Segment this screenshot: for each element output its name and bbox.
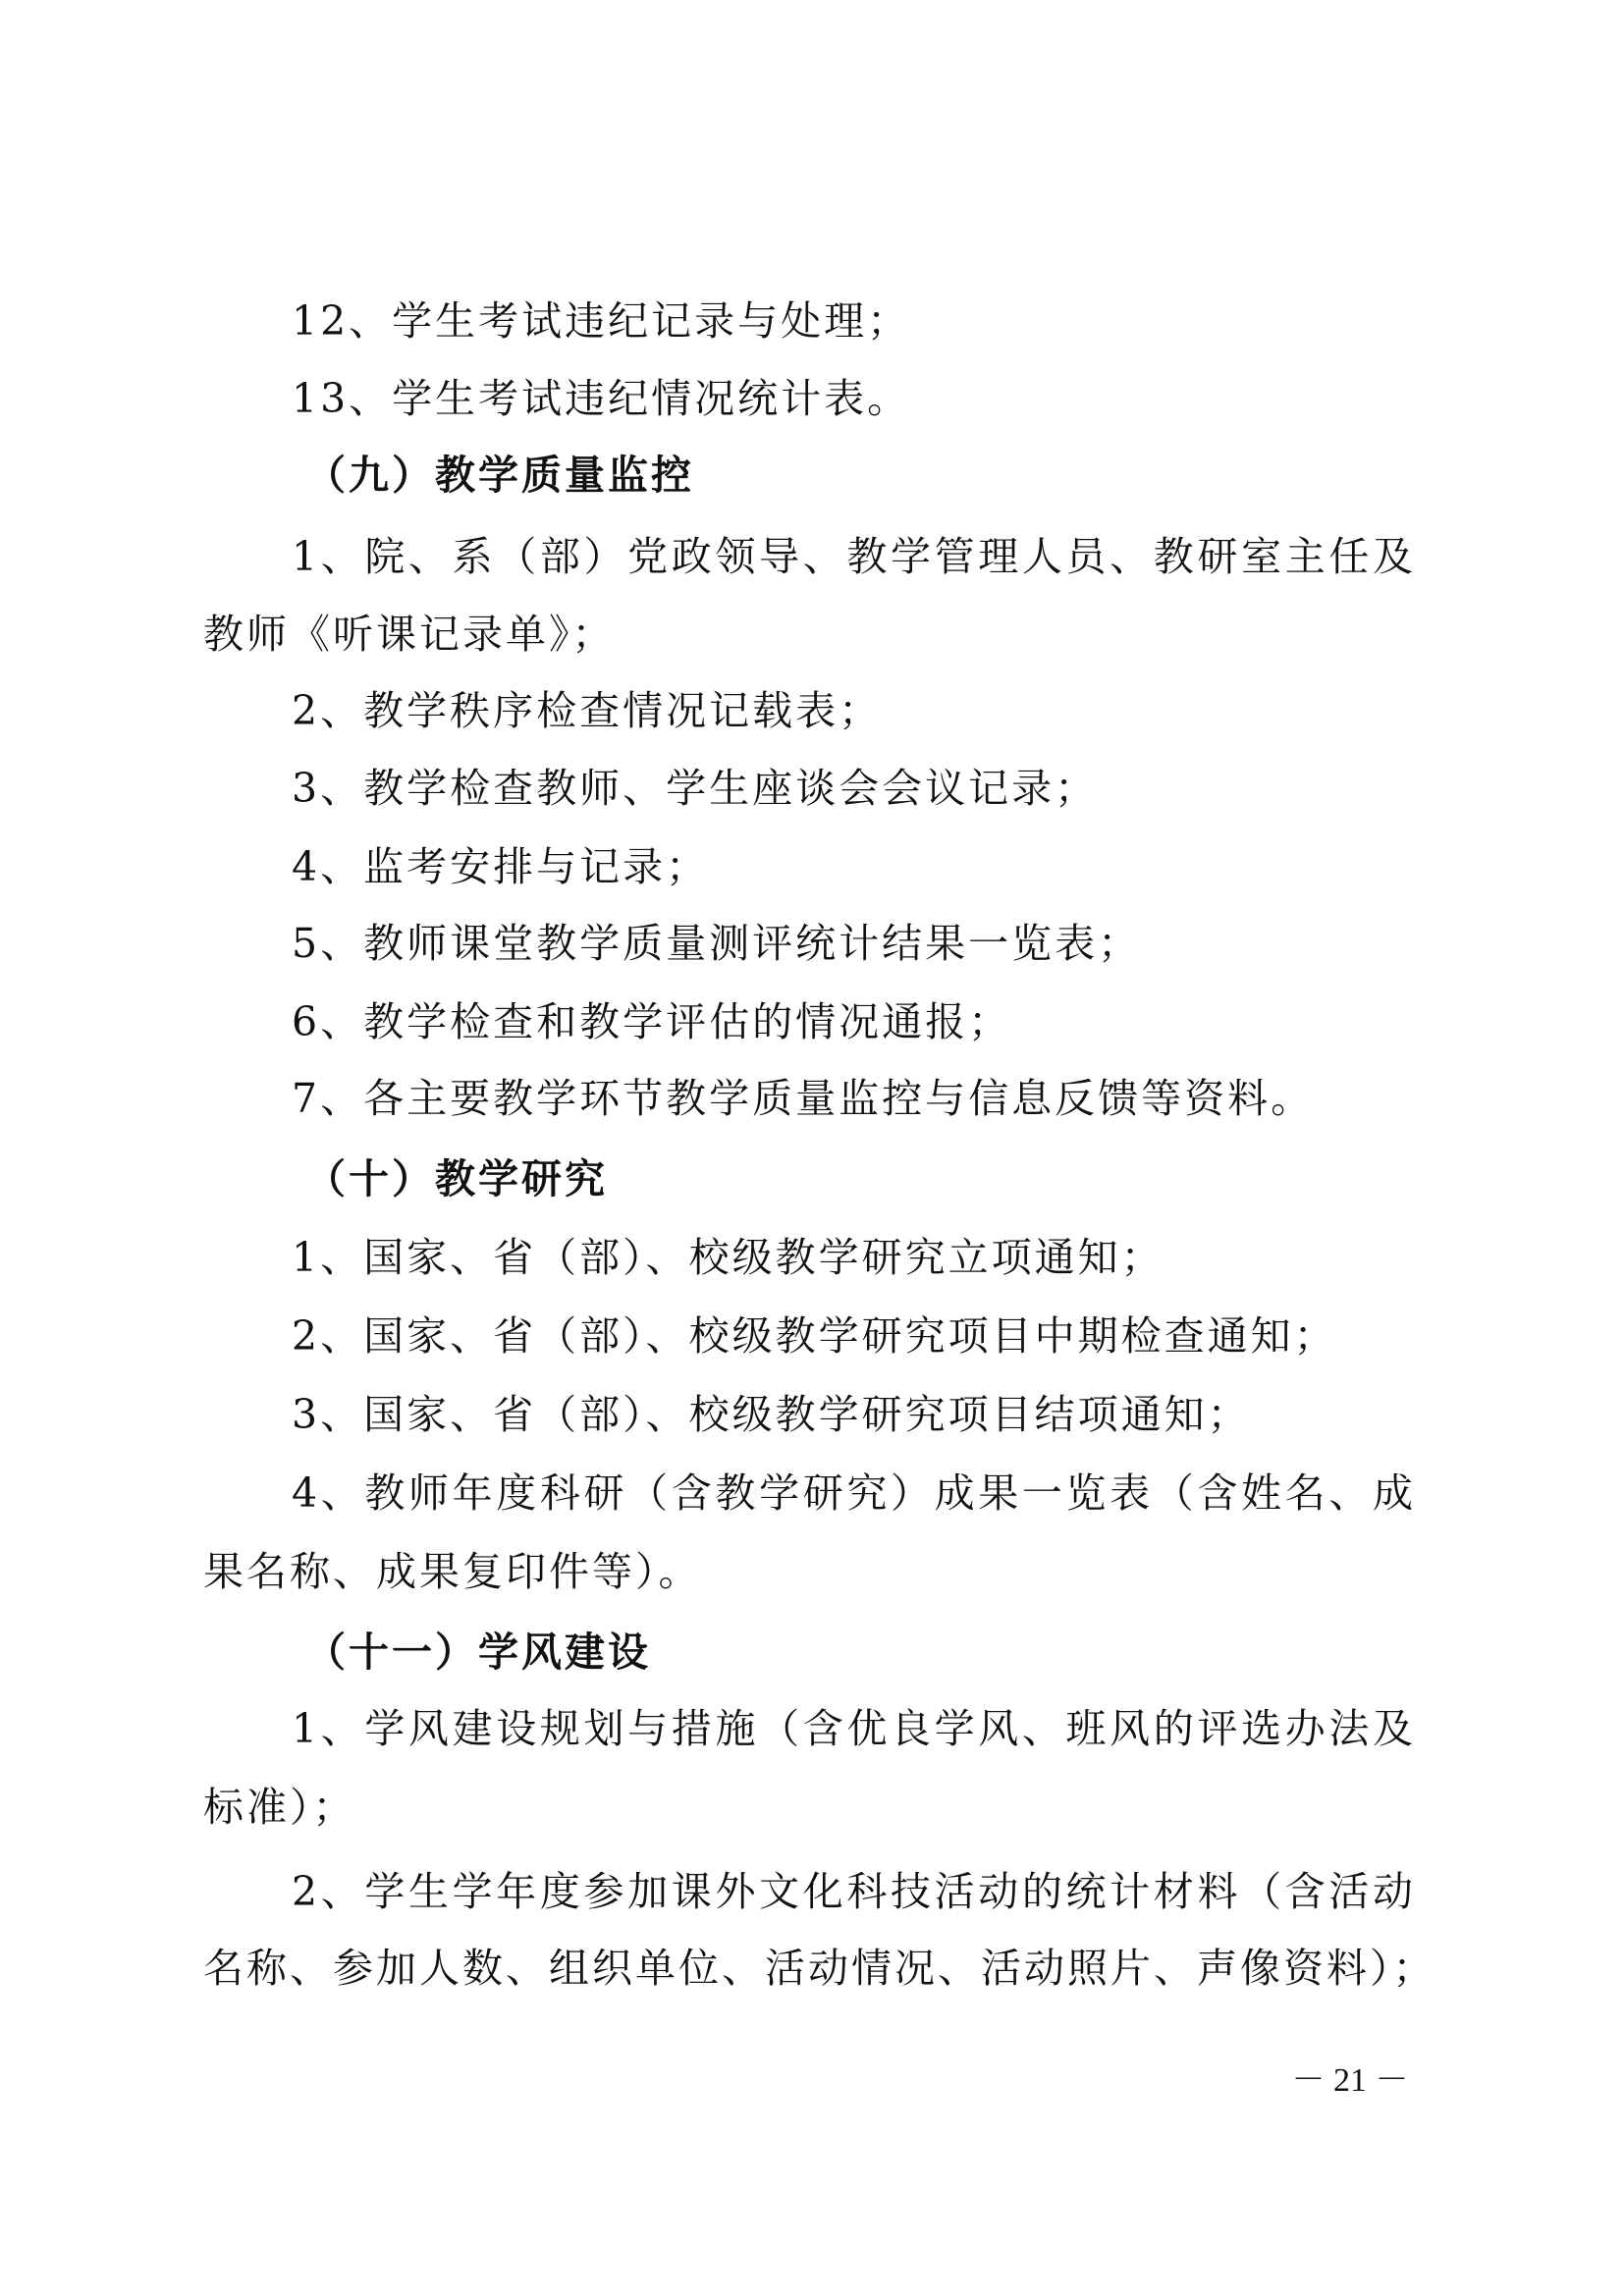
section-heading-study-style: （十一）学风建设 <box>203 1613 1416 1691</box>
list-item-4-invigilation: 4、监考安排与记录； <box>203 828 1416 906</box>
list-item-1-study-style-plan: 1、学风建设规划与措施（含优良学风、班风的评选办法及 <box>203 1689 1416 1768</box>
list-item-1-lecture-records: 1、院、系（部）党政领导、教学管理人员、教研室主任及 <box>203 517 1416 596</box>
page-number: － 21 － <box>1286 2059 1414 2103</box>
list-item-13-exam-violation-stats: 13、学生考试违纪情况统计表。 <box>203 359 1416 438</box>
list-item-4-continuation: 果名称、成果复印件等）。 <box>203 1532 1416 1611</box>
list-item-2-continuation: 名称、参加人数、组织单位、活动情况、活动照片、声像资料）； <box>203 1929 1416 2007</box>
section-heading-teaching-quality-monitoring: （九）教学质量监控 <box>203 436 1416 514</box>
list-item-2-midterm-check: 2、国家、省（部）、校级教学研究项目中期检查通知； <box>203 1297 1416 1375</box>
document-page: 12、学生考试违纪记录与处理； 13、学生考试违纪情况统计表。 （九）教学质量监… <box>0 0 1624 2296</box>
list-item-4-research-results: 4、教师年度科研（含教学研究）成果一览表（含姓名、成 <box>203 1454 1416 1532</box>
list-item-2-extracurricular-stats: 2、学生学年度参加课外文化科技活动的统计材料（含活动 <box>203 1852 1416 1931</box>
list-item-7-quality-feedback: 7、各主要教学环节教学质量监控与信息反馈等资料。 <box>203 1059 1416 1138</box>
list-item-1-continuation: 教师《听课记录单》； <box>203 595 1416 673</box>
list-item-6-inspection-report: 6、教学检查和教学评估的情况通报； <box>203 983 1416 1061</box>
list-item-1-project-approval: 1、国家、省（部）、校级教学研究立项通知； <box>203 1218 1416 1297</box>
list-item-5-quality-evaluation: 5、教师课堂教学质量测评统计结果一览表； <box>203 904 1416 983</box>
list-item-1-continuation: 标准）； <box>203 1768 1416 1846</box>
list-item-2-order-inspection: 2、教学秩序检查情况记载表； <box>203 671 1416 750</box>
section-heading-teaching-research: （十）教学研究 <box>203 1140 1416 1218</box>
list-item-3-project-completion: 3、国家、省（部）、校级教学研究项目结项通知； <box>203 1375 1416 1454</box>
list-item-12-exam-violation-records: 12、学生考试违纪记录与处理； <box>203 282 1416 360</box>
list-item-3-meeting-records: 3、教学检查教师、学生座谈会会议记录； <box>203 749 1416 828</box>
